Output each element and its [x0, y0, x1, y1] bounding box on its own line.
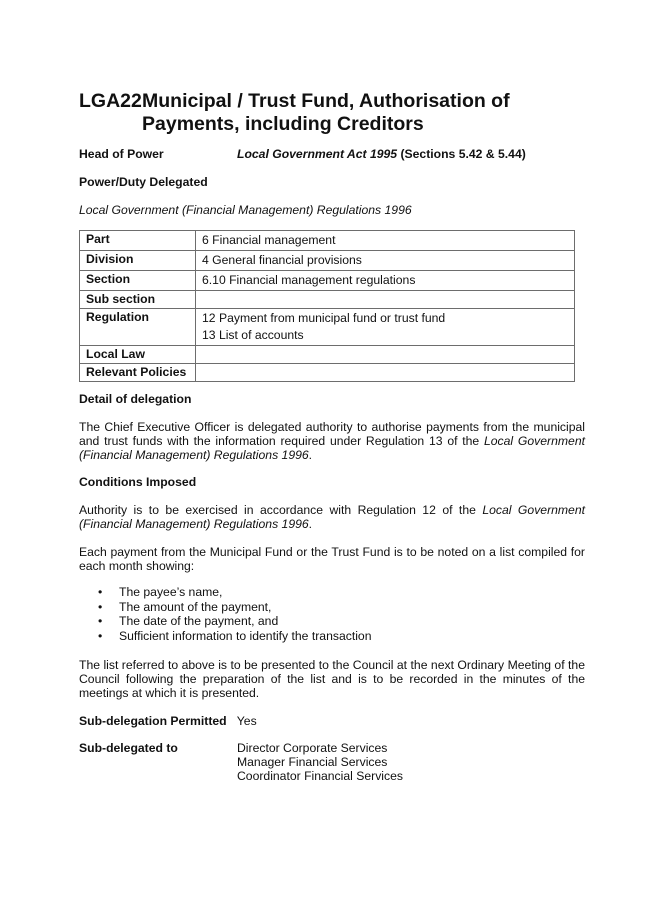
- bullet-icon: •: [98, 600, 102, 615]
- conditions-bullet-list: •The payee’s name,•The amount of the pay…: [79, 585, 371, 643]
- list-item: •The date of the payment, and: [79, 614, 371, 629]
- detail-of-delegation-heading: Detail of delegation: [79, 392, 585, 406]
- table-value-cell: 6.10 Financial management regulations: [196, 271, 575, 291]
- detail-of-delegation-text: The Chief Executive Officer is delegated…: [79, 420, 585, 462]
- list-item-text: Sufficient information to identify the t…: [119, 629, 371, 643]
- table-row: Sub section: [80, 291, 575, 309]
- power-duty-delegated-regulations: Local Government (Financial Management) …: [79, 203, 585, 217]
- conditions-para-3: The list referred to above is to be pres…: [79, 658, 585, 700]
- conditions-para-2: Each payment from the Municipal Fund or …: [79, 545, 585, 573]
- table-row: Section6.10 Financial management regulat…: [80, 271, 575, 291]
- table-value-line: 12 Payment from municipal fund or trust …: [202, 310, 568, 327]
- bullet-icon: •: [98, 614, 102, 629]
- sub-delegated-to-label: Sub-delegated to: [79, 741, 178, 755]
- table-row: Local Law: [80, 346, 575, 364]
- bullet-icon: •: [98, 629, 102, 644]
- list-item: •The payee’s name,: [79, 585, 371, 600]
- table-value-line: 6.10 Financial management regulations: [202, 272, 568, 289]
- sub-delegate-item: Manager Financial Services: [237, 755, 403, 769]
- list-item-text: The date of the payment, and: [119, 614, 278, 628]
- table-row: Division4 General financial provisions: [80, 251, 575, 271]
- conditions-para-1-end: .: [309, 517, 312, 531]
- conditions-para-1: Authority is to be exercised in accordan…: [79, 503, 585, 531]
- list-item-text: The amount of the payment,: [119, 600, 271, 614]
- power-duty-delegated-heading: Power/Duty Delegated: [79, 175, 585, 189]
- head-of-power-sections: (Sections 5.42 & 5.44): [397, 147, 526, 161]
- table-key-cell: Section: [80, 271, 196, 291]
- table-row: Part6 Financial management: [80, 231, 575, 251]
- conditions-para-1-plain: Authority is to be exercised in accordan…: [79, 503, 482, 517]
- delegation-title: Municipal / Trust Fund, Authorisation of…: [142, 90, 592, 136]
- delegation-code: LGA22: [79, 90, 142, 113]
- list-item-text: The payee’s name,: [119, 585, 222, 599]
- table-key-cell: Part: [80, 231, 196, 251]
- sub-delegation-permitted-value: Yes: [237, 714, 257, 728]
- table-value-cell: 12 Payment from municipal fund or trust …: [196, 309, 575, 346]
- table-value-cell: [196, 346, 575, 364]
- sub-delegate-item: Director Corporate Services: [237, 741, 403, 755]
- sub-delegation-permitted-label: Sub-delegation Permitted: [79, 714, 227, 728]
- table-value-line: 6 Financial management: [202, 232, 568, 249]
- sub-delegated-to-list: Director Corporate ServicesManager Finan…: [237, 741, 403, 783]
- table-value-line: 4 General financial provisions: [202, 252, 568, 269]
- table-value-cell: 4 General financial provisions: [196, 251, 575, 271]
- table-key-cell: Local Law: [80, 346, 196, 364]
- sub-delegation-permitted: Sub-delegation Permitted Yes: [79, 714, 585, 728]
- table-value-line: 13 List of accounts: [202, 327, 568, 344]
- table-value-cell: [196, 291, 575, 309]
- conditions-imposed-heading: Conditions Imposed: [79, 475, 585, 489]
- head-of-power-value: Local Government Act 1995 (Sections 5.42…: [237, 147, 526, 161]
- list-item: •Sufficient information to identify the …: [79, 629, 371, 644]
- reference-table: Part6 Financial managementDivision4 Gene…: [79, 230, 575, 382]
- table-key-cell: Division: [80, 251, 196, 271]
- table-value-cell: [196, 364, 575, 382]
- table-value-cell: 6 Financial management: [196, 231, 575, 251]
- table-key-cell: Regulation: [80, 309, 196, 346]
- detail-text-end: .: [309, 448, 312, 462]
- list-item: •The amount of the payment,: [79, 600, 371, 615]
- sub-delegate-item: Coordinator Financial Services: [237, 769, 403, 783]
- bullet-icon: •: [98, 585, 102, 600]
- table-row: Relevant Policies: [80, 364, 575, 382]
- head-of-power-label: Head of Power: [79, 147, 164, 161]
- table-key-cell: Relevant Policies: [80, 364, 196, 382]
- table-key-cell: Sub section: [80, 291, 196, 309]
- table-row: Regulation12 Payment from municipal fund…: [80, 309, 575, 346]
- head-of-power-act: Local Government Act 1995: [237, 147, 397, 161]
